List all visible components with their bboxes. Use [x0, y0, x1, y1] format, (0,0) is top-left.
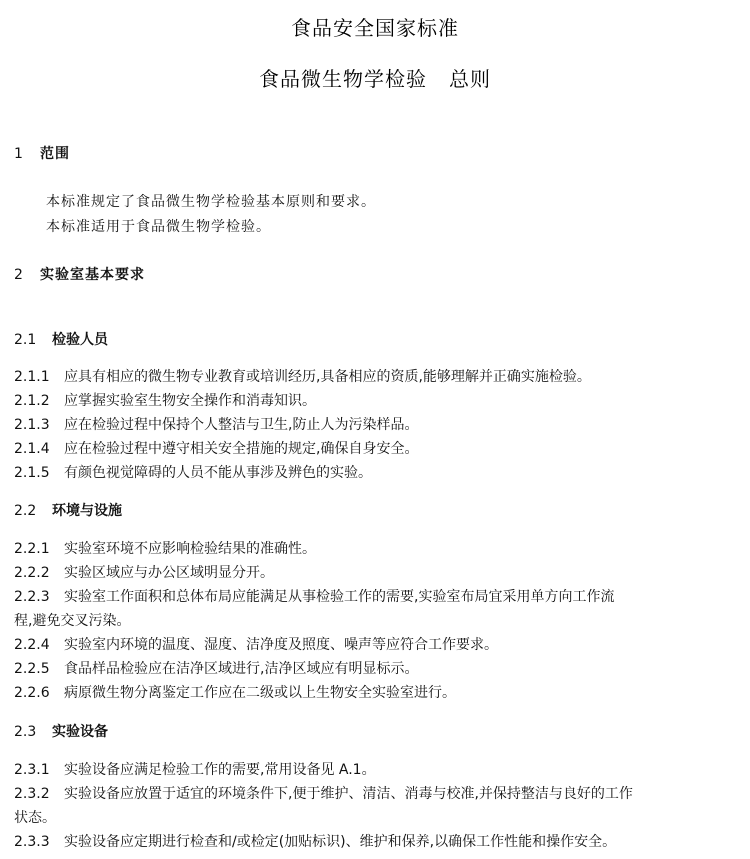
clause-item: 2.3.2实验设备应放置于适宜的环境条件下,便于维护、清洁、消毒与校准,并保持整… — [14, 785, 633, 803]
clause-item: 2.1.4应在检验过程中遵守相关安全措施的规定,确保自身安全。 — [14, 440, 418, 458]
clause-item: 2.2.5食品样品检验应在洁净区域进行,洁净区域应有明显标示。 — [14, 660, 418, 678]
subsection-heading-2-2: 2.2环境与设施 — [14, 502, 122, 520]
section-heading-1: 1范围 — [14, 145, 70, 163]
clause-item: 2.1.1应具有相应的微生物专业教育或培训经历,具备相应的资质,能够理解并正确实… — [14, 368, 591, 386]
clause-item: 2.2.4实验室内环境的温度、湿度、洁净度及照度、噪声等应符合工作要求。 — [14, 636, 498, 654]
clause-item: 2.2.6病原微生物分离鉴定工作应在二级或以上生物安全实验室进行。 — [14, 684, 456, 702]
clause-continuation: 程,避免交叉污染。 — [14, 612, 130, 630]
document-title: 食品安全国家标准 — [0, 12, 750, 41]
clause-item: 2.2.3实验室工作面积和总体布局应能满足从事检验工作的需要,实验室布局宜采用单… — [14, 588, 614, 606]
paragraph: 本标准适用于食品微生物学检验。 — [46, 218, 271, 236]
clause-item: 2.1.2应掌握实验室生物安全操作和消毒知识。 — [14, 392, 316, 410]
clause-item: 2.1.5有颜色视觉障碍的人员不能从事涉及辨色的实验。 — [14, 464, 372, 482]
clause-item: 2.1.3应在检验过程中保持个人整洁与卫生,防止人为污染样品。 — [14, 416, 418, 434]
clause-item: 2.3.3实验设备应定期进行检查和/或检定(加贴标识)、维护和保养,以确保工作性… — [14, 833, 616, 851]
clause-continuation: 状态。 — [14, 809, 56, 827]
document-subtitle: 食品微生物学检验总则 — [0, 63, 750, 92]
section-heading-2: 2实验室基本要求 — [14, 266, 145, 284]
clause-item: 2.2.2实验区域应与办公区域明显分开。 — [14, 564, 274, 582]
paragraph: 本标准规定了食品微生物学检验基本原则和要求。 — [46, 193, 376, 211]
subtitle-main: 食品微生物学检验 — [259, 67, 427, 91]
subsection-heading-2-3: 2.3实验设备 — [14, 723, 108, 741]
subsection-heading-2-1: 2.1检验人员 — [14, 331, 108, 349]
clause-item: 2.3.1实验设备应满足检验工作的需要,常用设备见 A.1。 — [14, 761, 376, 779]
subtitle-suffix: 总则 — [449, 67, 491, 91]
clause-item: 2.2.1实验室环境不应影响检验结果的准确性。 — [14, 540, 316, 558]
